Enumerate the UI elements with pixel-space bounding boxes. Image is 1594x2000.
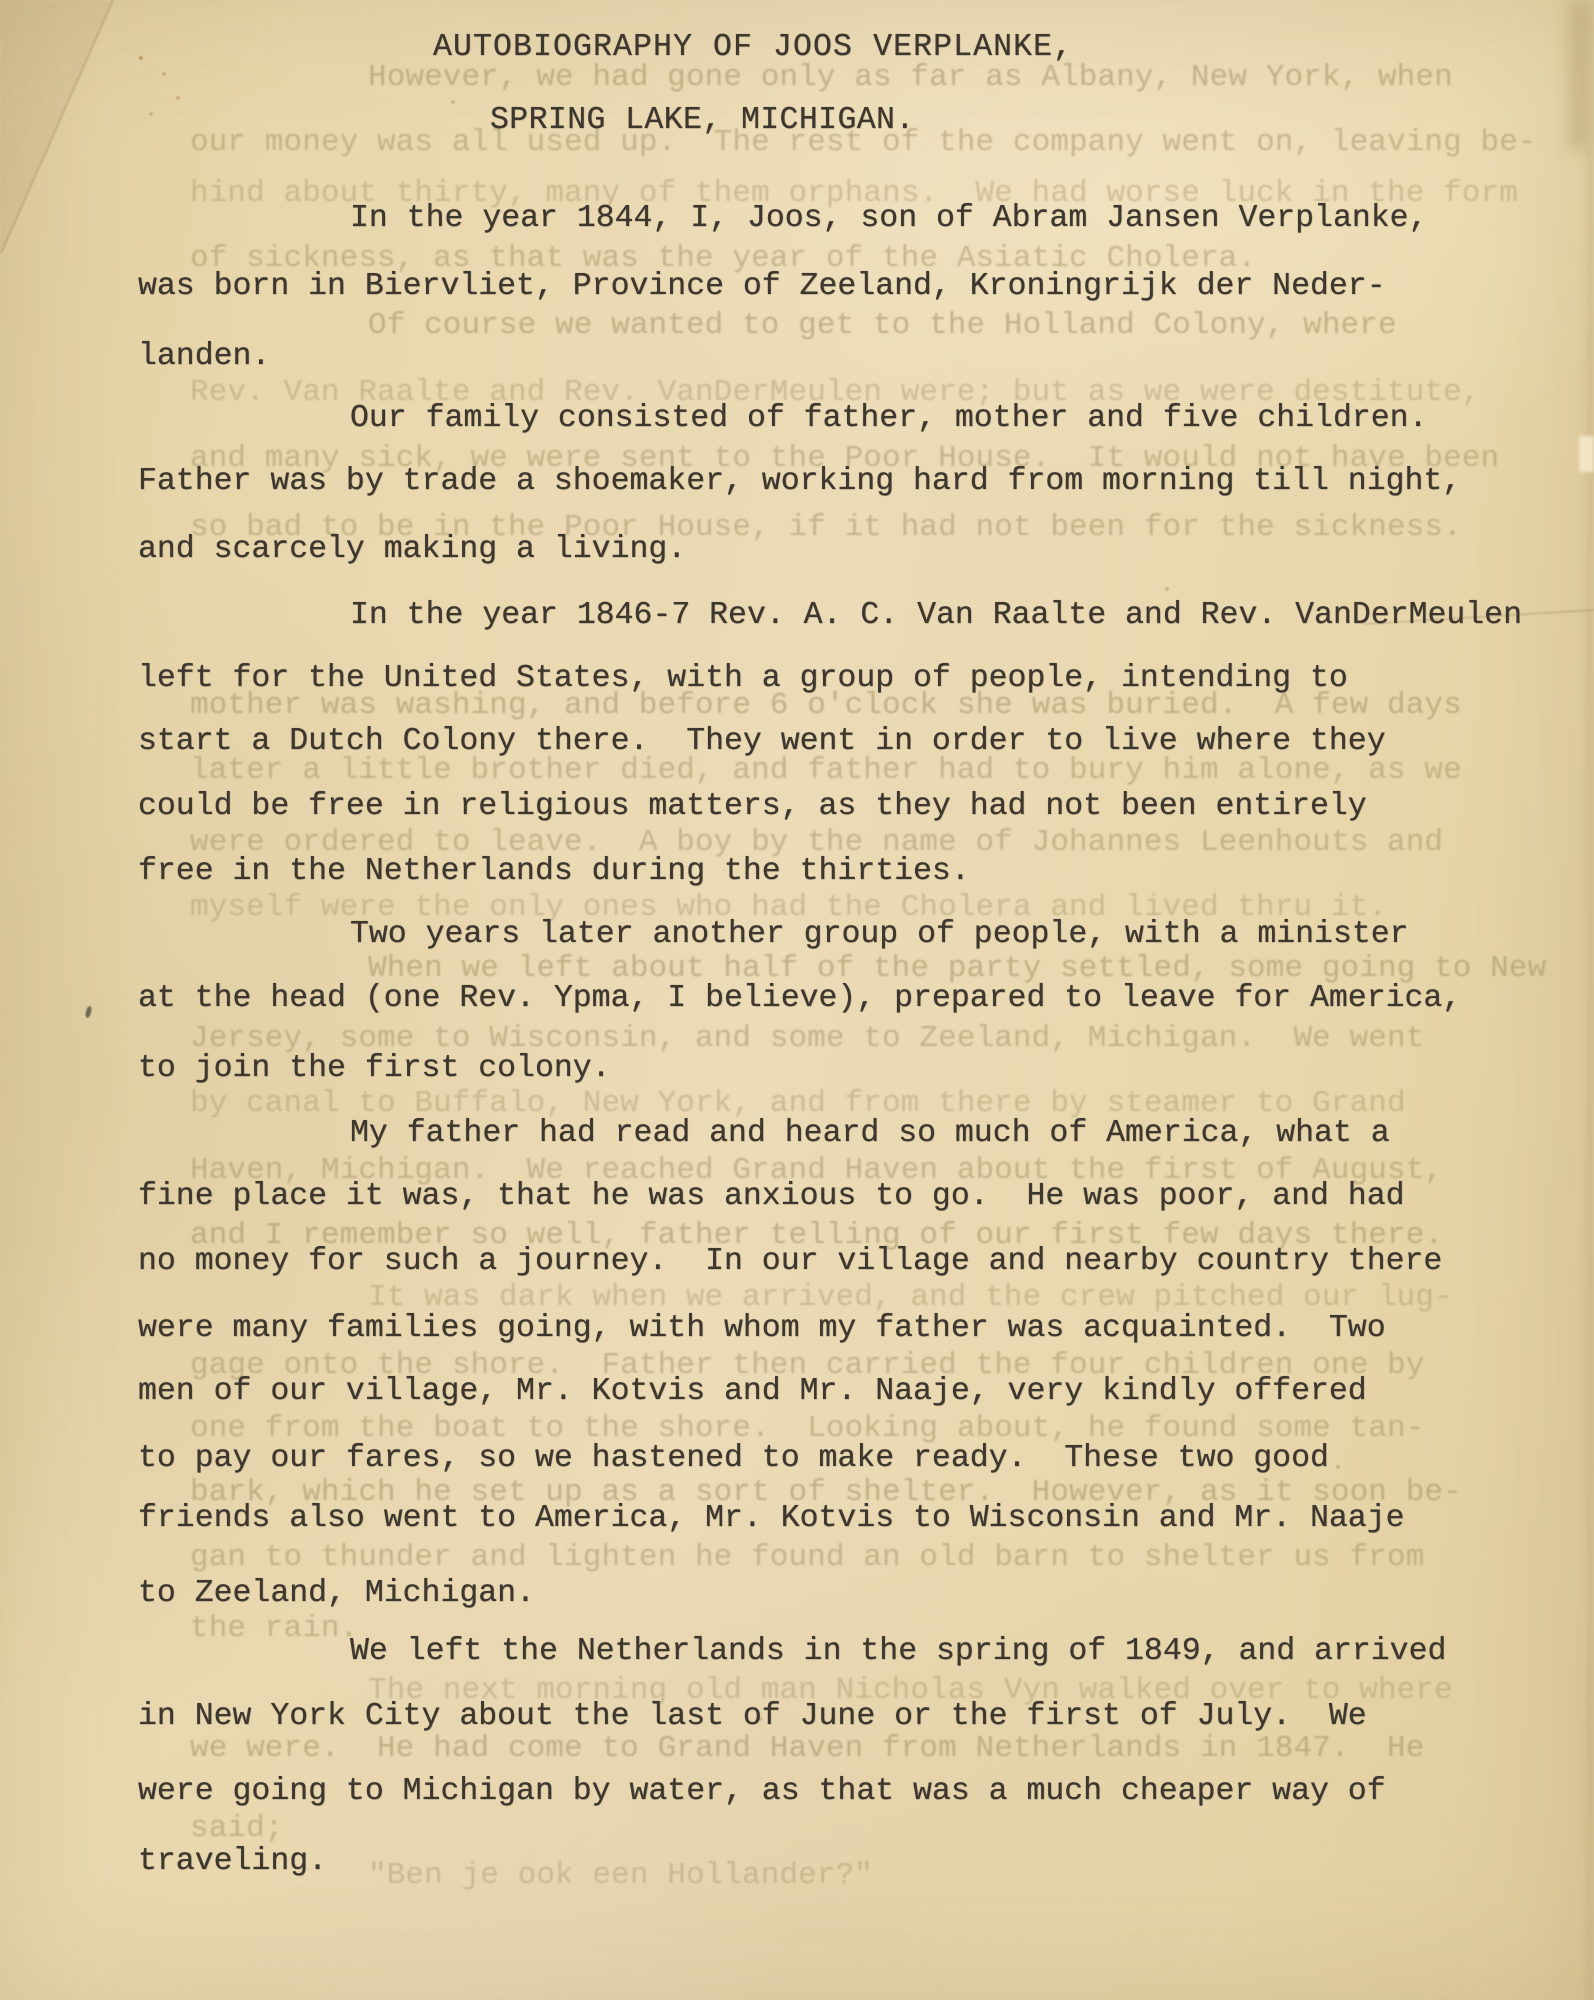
- typewritten-line: landen.: [138, 341, 270, 373]
- typewritten-line: no money for such a journey. In our vill…: [138, 1246, 1442, 1278]
- typewritten-line: was born in Biervliet, Province of Zeela…: [138, 271, 1386, 303]
- typewritten-line: fine place it was, that he was anxious t…: [138, 1181, 1405, 1213]
- typewritten-line: to join the first colony.: [138, 1053, 611, 1085]
- typewritten-line: In the year 1844, I, Joos, son of Abram …: [350, 203, 1427, 235]
- typewritten-line: In the year 1846-7 Rev. A. C. Van Raalte…: [350, 600, 1522, 632]
- typewritten-line: left for the United States, with a group…: [138, 663, 1348, 695]
- typewritten-line: men of our village, Mr. Kotvis and Mr. N…: [138, 1376, 1367, 1408]
- typewritten-line: traveling.: [138, 1846, 327, 1878]
- typewritten-line: to pay our fares, so we hastened to make…: [138, 1443, 1329, 1475]
- typewritten-line: My father had read and heard so much of …: [350, 1118, 1390, 1150]
- typewritten-line: free in the Netherlands during the thirt…: [138, 856, 970, 888]
- typewritten-line: We left the Netherlands in the spring of…: [350, 1636, 1446, 1668]
- typewritten-line: Father was by trade a shoemaker, working…: [138, 466, 1461, 498]
- typewritten-line: at the head (one Rev. Ypma, I believe), …: [138, 983, 1461, 1015]
- typewritten-line: were many families going, with whom my f…: [138, 1313, 1386, 1345]
- typewritten-line: in New York City about the last of June …: [138, 1701, 1367, 1733]
- document-title-line2: SPRING LAKE, MICHIGAN.: [490, 105, 915, 137]
- scanned-document-page: However, we had gone only as far as Alba…: [0, 0, 1594, 2000]
- typewritten-line: friends also went to America, Mr. Kotvis…: [138, 1503, 1405, 1535]
- typewritten-text-layer: AUTOBIOGRAPHY OF JOOS VERPLANKE, SPRING …: [0, 0, 1594, 2000]
- typewritten-line: and scarcely making a living.: [138, 534, 686, 566]
- typewritten-line: to Zeeland, Michigan.: [138, 1578, 535, 1610]
- typewritten-line: were going to Michigan by water, as that…: [138, 1776, 1386, 1808]
- typewritten-line: Two years later another group of people,…: [350, 919, 1409, 951]
- typewritten-line: start a Dutch Colony there. They went in…: [138, 726, 1386, 758]
- document-title-line1: AUTOBIOGRAPHY OF JOOS VERPLANKE,: [433, 32, 1073, 64]
- typewritten-line: could be free in religious matters, as t…: [138, 791, 1367, 823]
- typewritten-line: Our family consisted of father, mother a…: [350, 403, 1427, 435]
